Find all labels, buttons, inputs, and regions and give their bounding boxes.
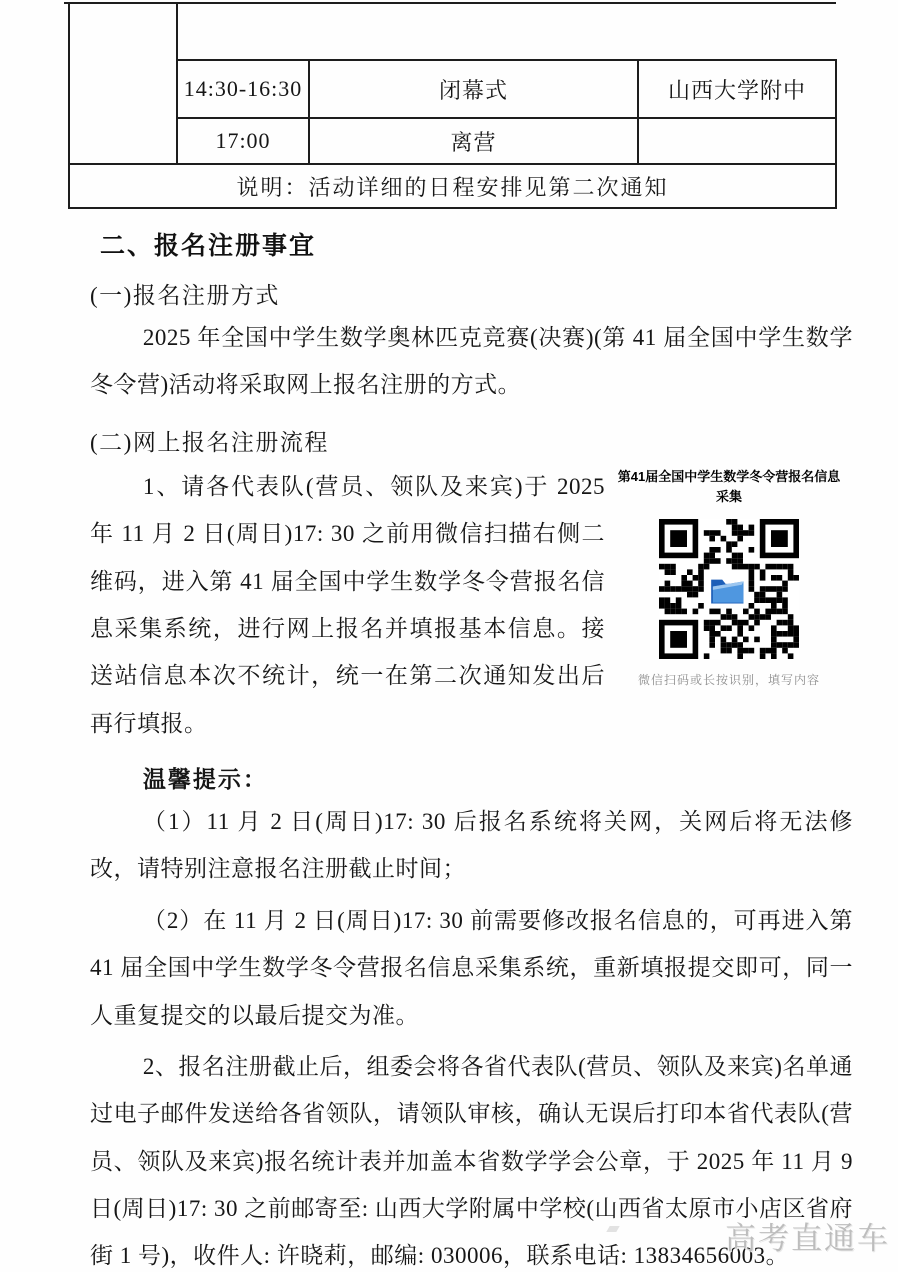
qr-caption: 微信扫码或长按识别，填写内容 [605, 671, 853, 688]
folder-icon [706, 572, 748, 606]
subsection-heading-2: (二)网上报名注册流程 [90, 424, 853, 457]
qr-title: 第41届全国中学生数学冬令营报名信息 采集 [605, 467, 853, 507]
table-note-row: 说明：活动详细的日程安排见第二次通知 [68, 163, 837, 209]
item1-with-qr-row: 1、请各代表队(营员、领队及来宾)于 2025 年 11 月 2 日(周日)17… [90, 459, 853, 747]
table-cell-time: 14:30-16:30 [178, 59, 310, 117]
paragraph-item-1: 1、请各代表队(营员、领队及来宾)于 2025 年 11 月 2 日(周日)17… [90, 463, 605, 747]
qr-code [659, 519, 799, 659]
tips-heading: 温馨提示： [90, 761, 853, 794]
table-grid: 14:30-16:30 闭幕式 山西大学附中 17:00 离营 [178, 59, 837, 163]
paragraph-tip-2: （2）在 11 月 2 日(周日)17: 30 前需要修改报名信息的，可再进入第… [90, 897, 853, 1039]
table-date-column-empty [68, 2, 178, 163]
paragraph-registration-method: 2025 年全国中学生数学奥林匹克竞赛(决赛)(第 41 届全国中学生数学冬令营… [90, 314, 853, 409]
table-top-border [64, 2, 836, 4]
table-cell-event: 离营 [310, 117, 639, 163]
subsection-heading-1: (一)报名注册方式 [90, 277, 853, 310]
schedule-table: 14:30-16:30 闭幕式 山西大学附中 17:00 离营 说明：活动详细的… [0, 0, 898, 212]
qr-title-line1: 第41届全国中学生数学冬令营报名信息 [605, 467, 853, 487]
table-cell-location [639, 117, 837, 163]
qr-title-line2: 采集 [605, 487, 853, 507]
table-cell-location: 山西大学附中 [639, 59, 837, 117]
document-body: 二、报名注册事宜 (一)报名注册方式 2025 年全国中学生数学奥林匹克竞赛(决… [0, 226, 898, 1272]
watermark: 高考直通车 [725, 1213, 890, 1258]
paragraph-tip-1: （1）11 月 2 日(周日)17: 30 后报名系统将关网，关网后将无法修改，… [90, 798, 853, 893]
section-heading: 二、报名注册事宜 [100, 226, 853, 262]
table-cell-time: 17:00 [178, 117, 310, 163]
qr-panel: 第41届全国中学生数学冬令营报名信息 采集 微信扫码或长按识别，填写内容 [605, 459, 853, 688]
document-page: 14:30-16:30 闭幕式 山西大学附中 17:00 离营 说明：活动详细的… [0, 0, 898, 1272]
table-cell-event: 闭幕式 [310, 59, 639, 117]
